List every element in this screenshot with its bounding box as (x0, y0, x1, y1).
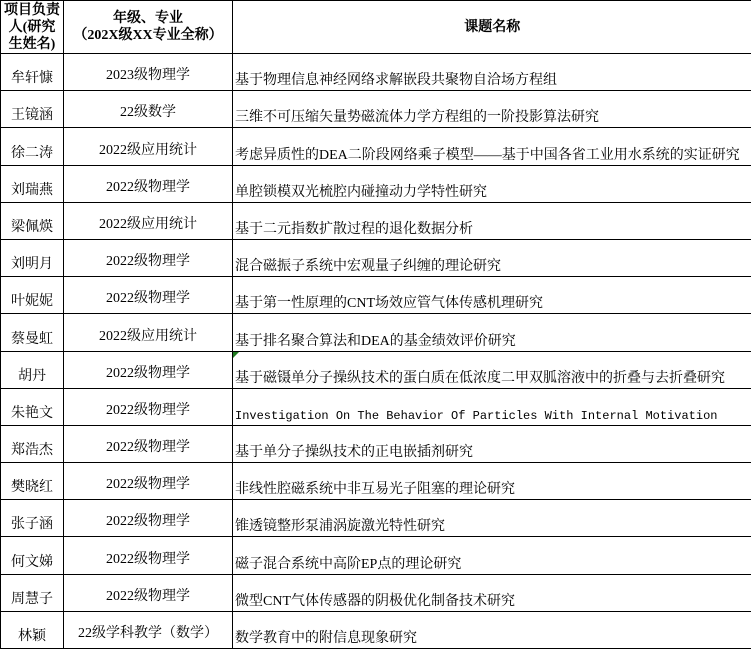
table-row: 樊晓红 2022级物理学 非线性腔磁系统中非互易光子阻塞的理论研究 (1, 463, 751, 500)
table-row: 郑浩杰 2022级物理学 基于单分子操纵技术的正电嵌插剂研究 (1, 425, 751, 462)
topic-cell[interactable]: 基于磁镊单分子操纵技术的蛋白质在低浓度二甲双胍溶液中的折叠与去折叠研究 (233, 351, 751, 388)
table-row: 梁佩煐 2022级应用统计 基于二元指数扩散过程的退化数据分析 (1, 202, 751, 239)
topic-cell[interactable]: Investigation On The Behavior Of Particl… (233, 388, 751, 425)
student-name-cell[interactable]: 郑浩杰 (1, 425, 64, 462)
topic-title: 基于第一性原理的CNT场效应管气体传感机理研究 (235, 296, 543, 311)
topic-cell[interactable]: 基于物理信息神经网络求解嵌段共聚物自洽场方程组 (233, 54, 751, 91)
topic-cell[interactable]: 考虑异质性的DEA二阶段网络乘子模型——基于中国各省工业用水系统的实证研究 (233, 128, 751, 165)
grade-major: 2022级物理学 (106, 514, 190, 529)
grade-major: 2022级物理学 (106, 403, 190, 418)
topic-cell[interactable]: 微型CNT气体传感器的阴极优化制备技术研究 (233, 574, 751, 611)
topic-title: 单腔锁模双光梳腔内碰撞动力学特性研究 (235, 185, 487, 200)
grade-major: 2022级应用统计 (99, 217, 197, 232)
grade-major-cell[interactable]: 2023级物理学 (64, 54, 233, 91)
student-name: 郑浩杰 (11, 443, 53, 458)
student-name-cell[interactable]: 刘明月 (1, 239, 64, 276)
student-name: 周慧子 (11, 592, 53, 607)
grade-major: 2022级物理学 (106, 291, 190, 306)
table-row: 何文娣 2022级物理学 磁子混合系统中高阶EP点的理论研究 (1, 537, 751, 574)
grade-major: 2022级物理学 (106, 254, 190, 269)
topic-cell[interactable]: 数学教育中的附信息现象研究 (233, 611, 751, 648)
grade-major-cell[interactable]: 2022级物理学 (64, 165, 233, 202)
student-name-cell[interactable]: 蔡曼虹 (1, 314, 64, 351)
topic-title: 基于磁镊单分子操纵技术的蛋白质在低浓度二甲双胍溶液中的折叠与去折叠研究 (235, 371, 725, 386)
grade-major: 2022级应用统计 (99, 329, 197, 344)
topic-title: 三维不可压缩矢量势磁流体力学方程组的一阶投影算法研究 (235, 110, 599, 125)
topic-cell[interactable]: 三维不可压缩矢量势磁流体力学方程组的一阶投影算法研究 (233, 91, 751, 128)
grade-major-cell[interactable]: 22级学科教学（数学） (64, 611, 233, 648)
topic-title: 锥透镜整形泵浦涡旋激光特性研究 (235, 519, 445, 534)
grade-major-cell[interactable]: 2022级物理学 (64, 351, 233, 388)
grade-major-cell[interactable]: 2022级物理学 (64, 574, 233, 611)
topic-title: 基于物理信息神经网络求解嵌段共聚物自洽场方程组 (235, 73, 557, 88)
table-row: 林颖 22级学科教学（数学） 数学教育中的附信息现象研究 (1, 611, 751, 648)
student-name-cell[interactable]: 林颖 (1, 611, 64, 648)
student-name: 胡丹 (18, 369, 46, 384)
grade-major: 2022级应用统计 (99, 143, 197, 158)
student-name: 朱艳文 (11, 406, 53, 421)
student-name: 张子涵 (11, 517, 53, 532)
grade-major: 2022级物理学 (106, 440, 190, 455)
student-name-cell[interactable]: 刘瑞燕 (1, 165, 64, 202)
student-name-cell[interactable]: 叶妮妮 (1, 277, 64, 314)
topic-title: 非线性腔磁系统中非互易光子阻塞的理论研究 (235, 482, 515, 497)
topic-title: 基于单分子操纵技术的正电嵌插剂研究 (235, 445, 473, 460)
topic-title: 基于排名聚合算法和DEA的基金绩效评价研究 (235, 334, 516, 349)
grade-major-cell[interactable]: 2022级物理学 (64, 388, 233, 425)
topic-title: 微型CNT气体传感器的阴极优化制备技术研究 (235, 594, 515, 609)
student-name-cell[interactable]: 徐二涛 (1, 128, 64, 165)
header-topic-name[interactable]: 课题名称 (233, 1, 751, 54)
grade-major: 2022级物理学 (106, 366, 190, 381)
table-row: 周慧子 2022级物理学 微型CNT气体传感器的阴极优化制备技术研究 (1, 574, 751, 611)
student-name: 何文娣 (11, 555, 53, 570)
table-row: 刘瑞燕 2022级物理学 单腔锁模双光梳腔内碰撞动力学特性研究 (1, 165, 751, 202)
topic-cell[interactable]: 单腔锁模双光梳腔内碰撞动力学特性研究 (233, 165, 751, 202)
topic-title: 基于二元指数扩散过程的退化数据分析 (235, 222, 473, 237)
student-name: 樊晓红 (11, 480, 53, 495)
header-row: 项目负责 人(研究 生姓名) 年级、专业 （202X级XX专业全称） 课题名称 (1, 1, 751, 54)
topic-cell[interactable]: 磁子混合系统中高阶EP点的理论研究 (233, 537, 751, 574)
grade-major: 22级学科教学（数学） (78, 626, 218, 641)
student-name-cell[interactable]: 周慧子 (1, 574, 64, 611)
student-name: 刘明月 (11, 257, 53, 272)
error-indicator-icon (233, 352, 239, 358)
topic-cell[interactable]: 基于单分子操纵技术的正电嵌插剂研究 (233, 425, 751, 462)
topic-cell[interactable]: 基于排名聚合算法和DEA的基金绩效评价研究 (233, 314, 751, 351)
topic-cell[interactable]: 锥透镜整形泵浦涡旋激光特性研究 (233, 500, 751, 537)
table-row: 牟轩慷 2023级物理学 基于物理信息神经网络求解嵌段共聚物自洽场方程组 (1, 54, 751, 91)
grade-major-cell[interactable]: 2022级物理学 (64, 463, 233, 500)
table-row: 胡丹 2022级物理学 基于磁镊单分子操纵技术的蛋白质在低浓度二甲双胍溶液中的折… (1, 351, 751, 388)
grade-major-cell[interactable]: 2022级应用统计 (64, 314, 233, 351)
student-name: 牟轩慷 (11, 71, 53, 86)
topic-title: 数学教育中的附信息现象研究 (235, 631, 417, 646)
topic-cell[interactable]: 基于二元指数扩散过程的退化数据分析 (233, 202, 751, 239)
student-name-cell[interactable]: 王镜涵 (1, 91, 64, 128)
student-name-cell[interactable]: 樊晓红 (1, 463, 64, 500)
grade-major: 2022级物理学 (106, 589, 190, 604)
student-name-cell[interactable]: 张子涵 (1, 500, 64, 537)
grade-major: 2022级物理学 (106, 180, 190, 195)
student-name-cell[interactable]: 何文娣 (1, 537, 64, 574)
topic-cell[interactable]: 混合磁振子系统中宏观量子纠缠的理论研究 (233, 239, 751, 276)
topic-title: 混合磁振子系统中宏观量子纠缠的理论研究 (235, 259, 501, 274)
table-row: 张子涵 2022级物理学 锥透镜整形泵浦涡旋激光特性研究 (1, 500, 751, 537)
student-name-cell[interactable]: 胡丹 (1, 351, 64, 388)
student-name-cell[interactable]: 朱艳文 (1, 388, 64, 425)
topic-title: 考虑异质性的DEA二阶段网络乘子模型——基于中国各省工业用水系统的实证研究 (235, 148, 740, 163)
header-project-leader[interactable]: 项目负责 人(研究 生姓名) (1, 1, 64, 54)
grade-major-cell[interactable]: 2022级物理学 (64, 239, 233, 276)
student-name: 梁佩煐 (11, 220, 53, 235)
table-row: 朱艳文 2022级物理学 Investigation On The Behavi… (1, 388, 751, 425)
topic-cell[interactable]: 基于第一性原理的CNT场效应管气体传感机理研究 (233, 277, 751, 314)
student-name: 王镜涵 (11, 108, 53, 123)
spreadsheet-page: 项目负责 人(研究 生姓名) 年级、专业 （202X级XX专业全称） 课题名称 … (0, 0, 751, 649)
project-table: 项目负责 人(研究 生姓名) 年级、专业 （202X级XX专业全称） 课题名称 … (0, 0, 751, 649)
student-name-cell[interactable]: 牟轩慷 (1, 54, 64, 91)
grade-major-cell[interactable]: 22级数学 (64, 91, 233, 128)
student-name: 蔡曼虹 (11, 332, 53, 347)
student-name: 叶妮妮 (11, 294, 53, 309)
topic-title: 磁子混合系统中高阶EP点的理论研究 (235, 557, 461, 572)
grade-major-cell[interactable]: 2022级物理学 (64, 500, 233, 537)
table-body: 牟轩慷 2023级物理学 基于物理信息神经网络求解嵌段共聚物自洽场方程组 王镜涵… (1, 54, 751, 649)
grade-major-cell[interactable]: 2022级应用统计 (64, 202, 233, 239)
student-name: 林颖 (18, 629, 46, 644)
table-row: 蔡曼虹 2022级应用统计 基于排名聚合算法和DEA的基金绩效评价研究 (1, 314, 751, 351)
grade-major: 2022级物理学 (106, 477, 190, 492)
topic-cell[interactable]: 非线性腔磁系统中非互易光子阻塞的理论研究 (233, 463, 751, 500)
topic-title: Investigation On The Behavior Of Particl… (235, 409, 717, 423)
table-row: 徐二涛 2022级应用统计 考虑异质性的DEA二阶段网络乘子模型——基于中国各省… (1, 128, 751, 165)
grade-major-cell[interactable]: 2022级物理学 (64, 277, 233, 314)
grade-major-cell[interactable]: 2022级应用统计 (64, 128, 233, 165)
student-name-cell[interactable]: 梁佩煐 (1, 202, 64, 239)
student-name: 徐二涛 (11, 146, 53, 161)
table-row: 刘明月 2022级物理学 混合磁振子系统中宏观量子纠缠的理论研究 (1, 239, 751, 276)
table-row: 王镜涵 22级数学 三维不可压缩矢量势磁流体力学方程组的一阶投影算法研究 (1, 91, 751, 128)
table-row: 叶妮妮 2022级物理学 基于第一性原理的CNT场效应管气体传感机理研究 (1, 277, 751, 314)
grade-major: 2023级物理学 (106, 68, 190, 83)
student-name: 刘瑞燕 (11, 183, 53, 198)
header-grade-major[interactable]: 年级、专业 （202X级XX专业全称） (64, 1, 233, 54)
grade-major: 22级数学 (120, 105, 176, 120)
grade-major-cell[interactable]: 2022级物理学 (64, 537, 233, 574)
grade-major-cell[interactable]: 2022级物理学 (64, 425, 233, 462)
grade-major: 2022级物理学 (106, 552, 190, 567)
